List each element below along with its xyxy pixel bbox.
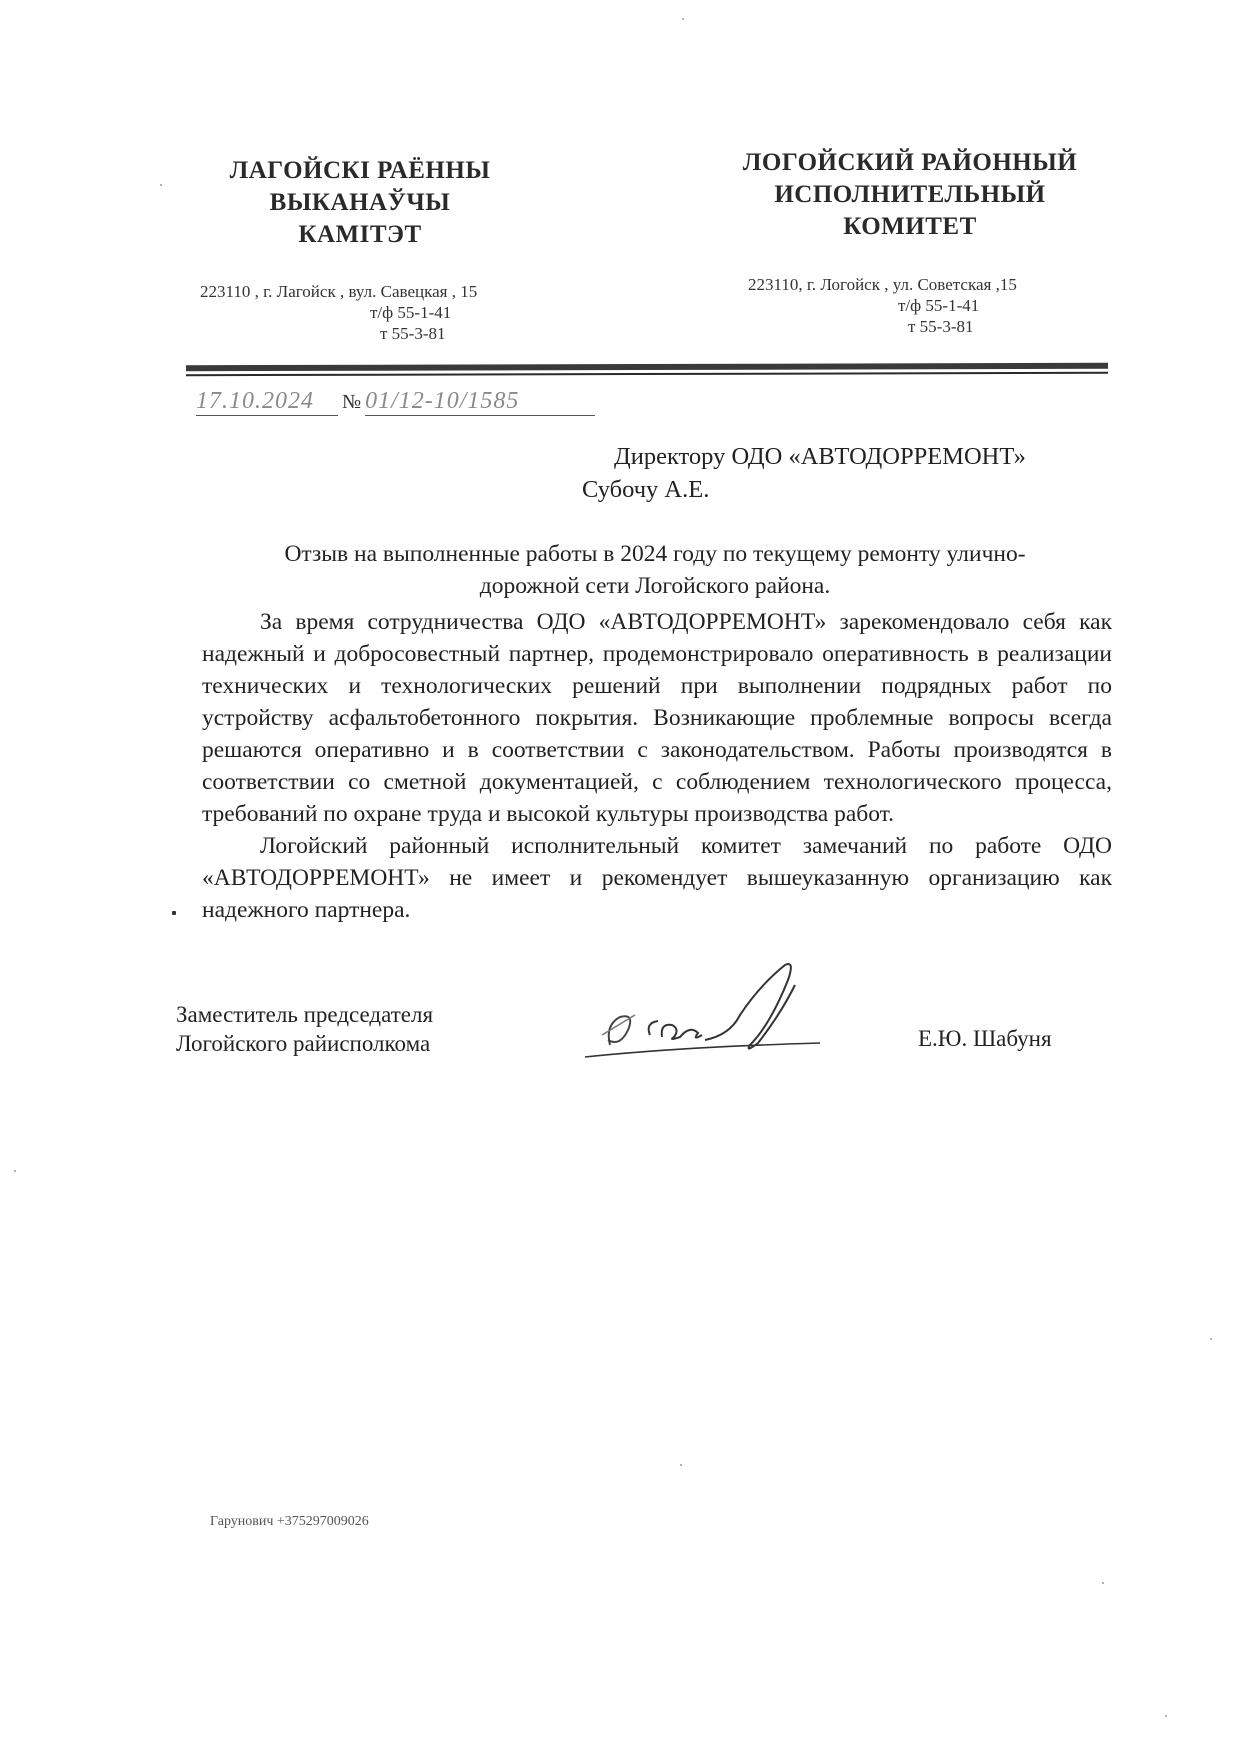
scan-speck xyxy=(172,911,176,915)
letterhead-divider-thick xyxy=(186,363,1108,371)
handwritten-signature xyxy=(580,955,870,1065)
phone-fax: т/ф 55-1-41 xyxy=(200,302,560,323)
org-name-line: ИСПОЛНИТЕЛЬНЫЙ xyxy=(700,179,1120,211)
position-line: Логойского райисполкома xyxy=(176,1029,433,1058)
addressee: Директору ОДО «АВТОДОРРЕМОНТ» Субочу А.Е… xyxy=(582,440,1026,506)
subject-line: дорожной сети Логойского района. xyxy=(200,570,1110,602)
scan-speck xyxy=(1102,1582,1104,1584)
scan-speck xyxy=(1210,1338,1212,1340)
letterhead-right-contacts: 223110, г. Логойск , ул. Советская ,15 т… xyxy=(748,274,1108,337)
subject-line: Отзыв на выполненные работы в 2024 году … xyxy=(200,538,1110,570)
address: 223110, г. Логойск , ул. Советская ,15 xyxy=(748,274,1108,295)
registration-date: 17.10.2024 xyxy=(196,388,338,416)
letterhead-divider-thin xyxy=(186,372,1108,376)
org-name-line: КАМІТЭТ xyxy=(170,219,550,251)
scan-speck xyxy=(160,184,162,186)
addressee-name: Субочу А.Е. xyxy=(582,473,1026,506)
letterhead-left-contacts: 223110 , г. Лагойск , вул. Савецкая , 15… xyxy=(200,281,560,344)
letter-subject: Отзыв на выполненные работы в 2024 году … xyxy=(200,538,1110,602)
scan-speck xyxy=(680,1464,682,1466)
signatory-position: Заместитель председателя Логойского райи… xyxy=(176,1000,433,1058)
org-name-line: КОМИТЕТ xyxy=(700,211,1120,243)
phone: т 55-3-81 xyxy=(200,323,560,344)
scan-speck xyxy=(1165,1715,1167,1717)
signatory-name: Е.Ю. Шабуня xyxy=(918,1023,1052,1055)
registration-number-label: № xyxy=(342,391,361,413)
scan-speck xyxy=(14,1170,16,1172)
org-name-line: ВЫКАНАЎЧЫ xyxy=(170,187,550,219)
position-line: Заместитель председателя xyxy=(176,1000,433,1029)
registration-line: 17.10.2024 № 01/12-10/1585 xyxy=(196,388,595,416)
scan-speck xyxy=(682,18,684,20)
executor-contact: Гарунович +375297009026 xyxy=(210,1514,369,1530)
registration-number: 01/12-10/1585 xyxy=(365,388,595,416)
org-name-line: ЛОГОЙСКИЙ РАЙОННЫЙ xyxy=(700,147,1120,179)
org-name-line: ЛАГОЙСКІ РАЁННЫ xyxy=(170,155,550,187)
letterhead-left-org: ЛАГОЙСКІ РАЁННЫ ВЫКАНАЎЧЫ КАМІТЭТ xyxy=(170,155,550,251)
letterhead-right-org: ЛОГОЙСКИЙ РАЙОННЫЙ ИСПОЛНИТЕЛЬНЫЙ КОМИТЕ… xyxy=(700,147,1120,243)
phone: т 55-3-81 xyxy=(748,316,1108,337)
phone-fax: т/ф 55-1-41 xyxy=(748,295,1108,316)
address: 223110 , г. Лагойск , вул. Савецкая , 15 xyxy=(200,281,560,302)
addressee-position: Директору ОДО «АВТОДОРРЕМОНТ» xyxy=(582,440,1026,473)
body-paragraph: Логойский районный исполнительный комите… xyxy=(202,830,1112,926)
body-paragraph: За время сотрудничества ОДО «АВТОДОРРЕМО… xyxy=(202,606,1112,830)
letter-body: За время сотрудничества ОДО «АВТОДОРРЕМО… xyxy=(202,606,1112,926)
